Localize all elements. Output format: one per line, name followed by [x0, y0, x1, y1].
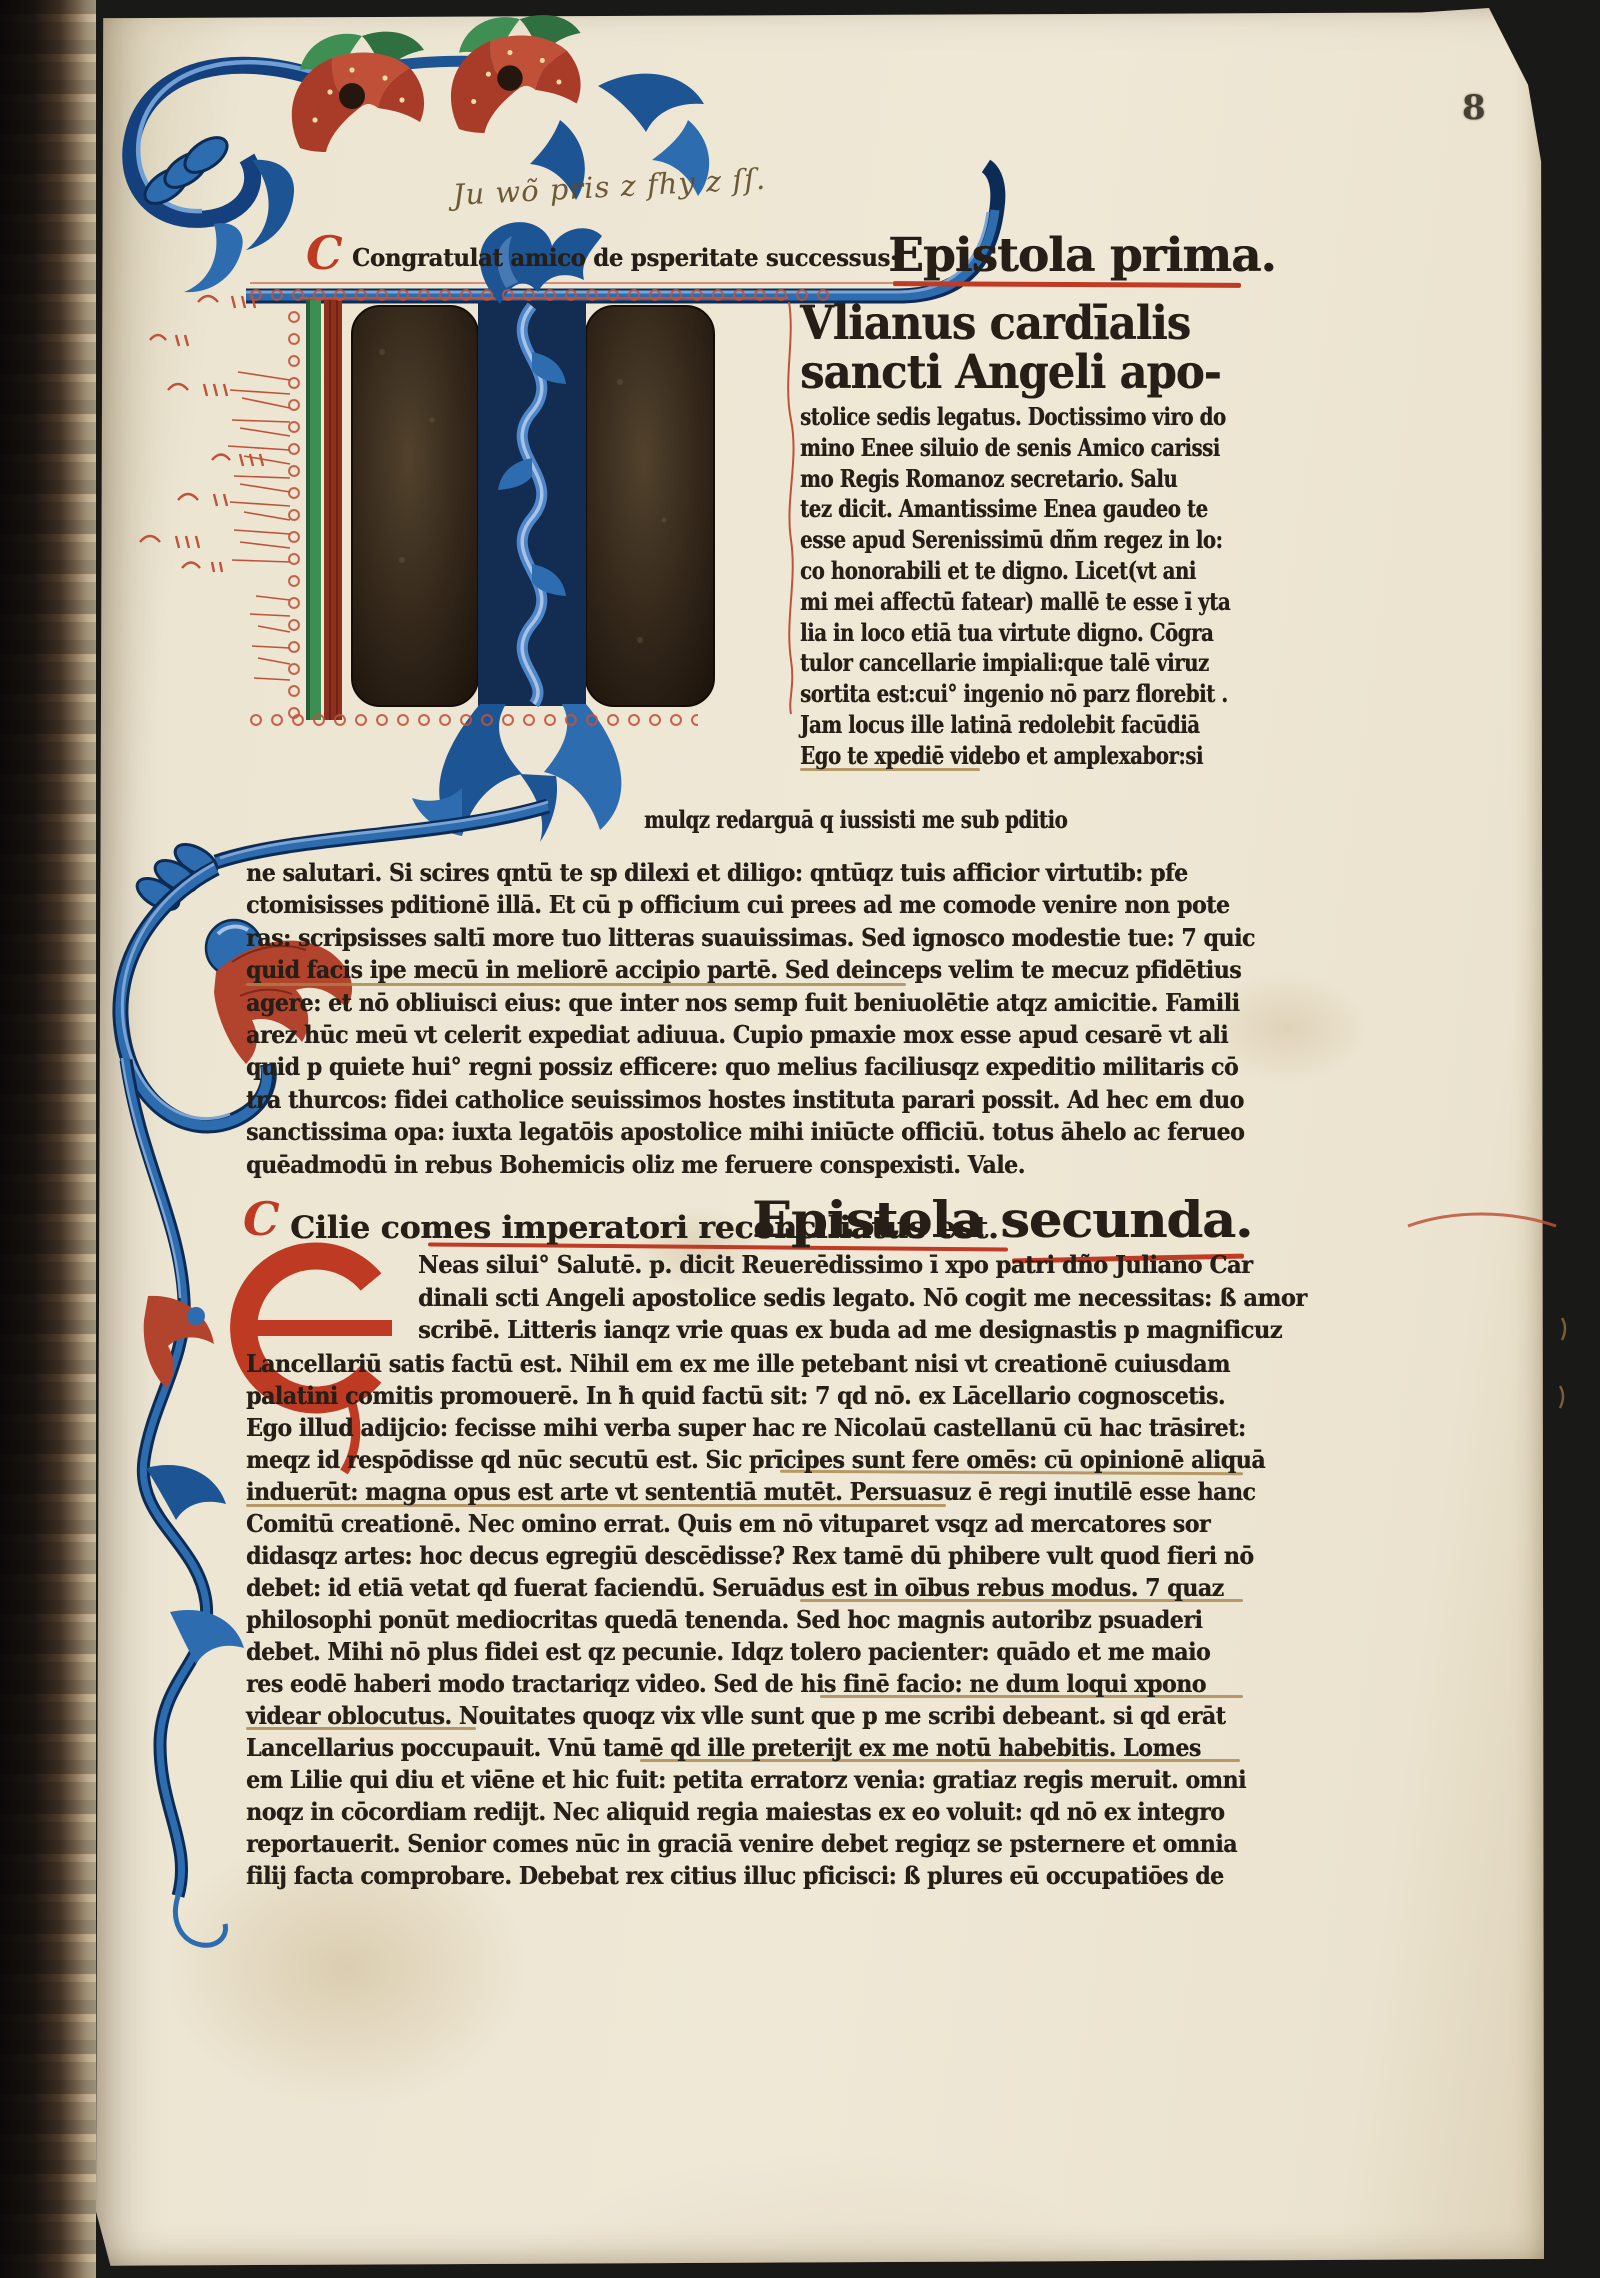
- binding-texture: [0, 0, 96, 2278]
- text-line: reportauerit. Senior comes nūc in graciā…: [246, 1829, 1237, 1858]
- text-line: philosophi ponūt mediocritas quedā tenen…: [246, 1605, 1202, 1634]
- text-line: palatini comitis promouerē. In ħ quid fa…: [246, 1381, 1225, 1410]
- text-line: tez dicit. Amantissime Enea gaudeo te: [800, 494, 1208, 523]
- text-line: ctomisisses pditionē illā. Et cū p offic…: [246, 890, 1229, 919]
- text-line: mulqz redarguā q iussisti me sub pditio: [644, 805, 1067, 834]
- text-line: Neas silui° Salutē. p. dicit Reuerēdissi…: [418, 1250, 1252, 1279]
- text-line: videar oblocutus. Nouitates quoqz vix vl…: [246, 1701, 1225, 1730]
- text-line: tulor cancellarie impiali:que talē viruz: [800, 648, 1209, 677]
- text-line: induerūt: magna opus est arte vt sentent…: [246, 1477, 1255, 1506]
- text-line: mi mei affectū fatear) mallē te esse ī y…: [800, 587, 1230, 616]
- text-line: mino Enee siluio de senis Amico carissi: [800, 433, 1220, 462]
- text-line: Ego te xpediē videbo et amplexabor:si: [800, 741, 1203, 770]
- text-line: didasqz artes: hoc decus egregiū descēdi…: [246, 1541, 1254, 1570]
- text-line: meqz id respōdisse qd nūc secutū est. Si…: [246, 1445, 1265, 1474]
- text-line: Ego illud adijcio: fecisse mihi verba su…: [246, 1413, 1246, 1442]
- scanned-book-page: 8 Ju wõ pris z fhy z ſſ. C Congratulat a…: [0, 0, 1600, 2278]
- text-line: Lancellarius poccupauit. Vnū tamē qd ill…: [246, 1733, 1201, 1762]
- red-filigree-chain-top: [246, 287, 838, 303]
- text-line: dinali scti Angeli apostolice sedis lega…: [418, 1283, 1307, 1312]
- text-line: ras: scripsisses saltī more tuo litteras…: [246, 923, 1255, 952]
- red-filigree-chain-bottom: [246, 712, 698, 728]
- text-line: em Lilie qui diu et viēne et hic fuit: p…: [246, 1765, 1246, 1794]
- epistle-heading-1: Epistola prima.: [888, 228, 1276, 283]
- folio-number: 8: [1462, 88, 1486, 128]
- text-line: Jam locus ille latinā redolebit facūdiā: [800, 710, 1200, 739]
- text-line: scribē. Litteris ianqz vrie quas ex buda…: [418, 1315, 1282, 1344]
- text-line: Lancellariū satis factū est. Nihil em ex…: [246, 1349, 1230, 1378]
- text-line: quēadmodū in rebus Bohemicis oliz me fer…: [246, 1150, 1025, 1179]
- text-line: debet. Mihi nō plus fidei est qz pecunie…: [246, 1637, 1210, 1666]
- text-line: Comitū creationē. Nec omino errat. Quis …: [246, 1509, 1210, 1538]
- text-line: mo Regis Romanoz secretario. Salu: [800, 464, 1177, 493]
- text-line: res eodē haberi modo tractariqz video. S…: [246, 1669, 1206, 1698]
- text-line: noqz in cōcordiam redijt. Nec aliquid re…: [246, 1797, 1224, 1826]
- text-line: arez hūc meū vt celerit expediat adiuua.…: [246, 1020, 1228, 1049]
- text-line: tra thurcos: fidei catholice seuissimos …: [246, 1085, 1244, 1114]
- text-line: quid p quiete hui° regni possiz efficere…: [246, 1052, 1238, 1081]
- text-line: esse apud Serenissimū dñm regez in lo:: [800, 525, 1222, 554]
- rubric-text: Congratulat amico de psperitate successu…: [352, 243, 898, 272]
- opening-line: Vlianus cardīalis: [800, 296, 1190, 351]
- text-line: agere: et nō obliuisci eius: que inter n…: [246, 988, 1239, 1017]
- binding-edge: [0, 0, 96, 2278]
- epistle-heading-2: Epistola secunda.: [752, 1190, 1252, 1249]
- rubric-paraph: C: [306, 226, 343, 280]
- text-line: ne salutari. Si scires qntū te sp dilexi…: [246, 858, 1188, 887]
- text-line: lia in loco etiā tua virtute digno. Cōgr…: [800, 618, 1213, 647]
- text-line: stolice sedis legatus. Doctissimo viro d…: [800, 402, 1226, 431]
- text-line: sortita est:cui° ingenio nō parz florebi…: [800, 679, 1228, 708]
- opening-line: sancti Angeli apo-: [800, 345, 1221, 400]
- text-line: debet: id etiā vetat qd fuerat faciendū.…: [246, 1573, 1224, 1602]
- right-margin-marks: [1560, 1318, 1565, 1408]
- text-line: co honorabili et te digno. Licet(vt ani: [800, 556, 1196, 585]
- text-line: filij facta comprobare. Debebat rex citi…: [246, 1861, 1224, 1890]
- rubric-paraph: C: [243, 1192, 280, 1246]
- text-line: sanctissima opa: iuxta legatōis apostoli…: [246, 1117, 1244, 1146]
- red-filigree-chain-left: [286, 306, 302, 720]
- text-line: quid facis ipe mecū in meliorē accipio p…: [246, 955, 1241, 984]
